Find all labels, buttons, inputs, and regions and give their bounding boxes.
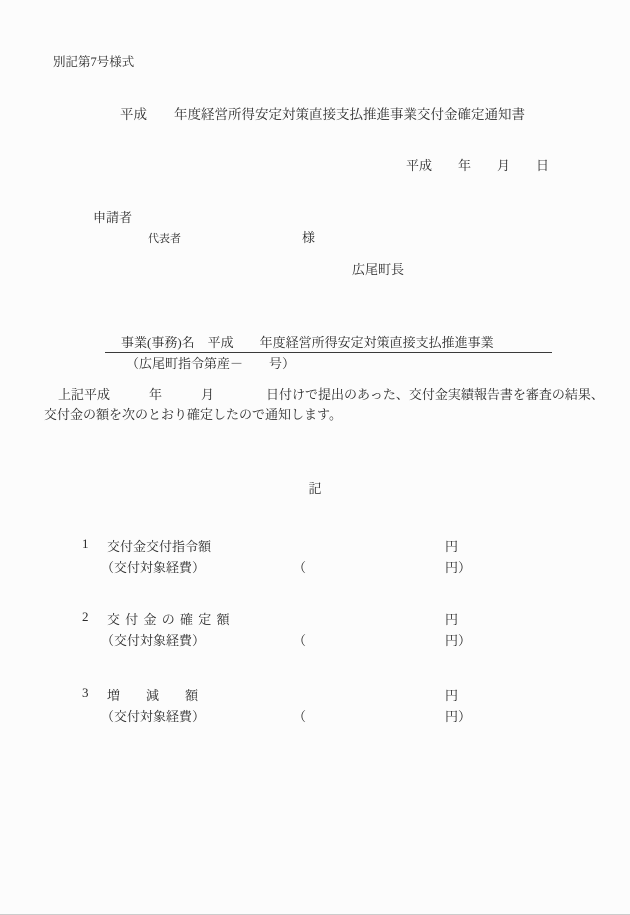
item-unit: 円 bbox=[445, 536, 458, 555]
item-sub-label: （交付対象経費） bbox=[101, 557, 205, 576]
item-unit: 円 bbox=[445, 609, 458, 628]
date-line: 平成 年 月 日 bbox=[406, 158, 549, 174]
representative-label: 代表者 bbox=[148, 233, 181, 247]
body-paragraph-line1: 上記平成 年 月 日付けで提出のあった、交付金実績報告書を審査の結果、 bbox=[45, 387, 604, 403]
item-number: 2 bbox=[82, 609, 89, 625]
item-label: 交付金交付指令額 bbox=[107, 536, 211, 555]
mayor-label: 広尾町長 bbox=[352, 262, 404, 278]
item-unit: 円 bbox=[445, 685, 458, 704]
section-marker: 記 bbox=[0, 481, 630, 497]
item-sub-label: （交付対象経費） bbox=[101, 630, 205, 649]
item-number: 1 bbox=[82, 536, 89, 552]
form-number-label: 別記第7号様式 bbox=[53, 55, 134, 71]
item-number: 3 bbox=[82, 685, 89, 701]
applicant-label: 申請者 bbox=[93, 210, 132, 226]
body-paragraph-line2: 交付金の額を次のとおり確定したので通知します。 bbox=[44, 407, 342, 423]
item-open-paren: （ bbox=[293, 706, 306, 725]
item-sub-unit: 円） bbox=[445, 706, 471, 725]
item-sub-unit: 円） bbox=[445, 630, 471, 649]
directive-number-line: （広尾町指令第産－ 号） bbox=[126, 356, 295, 372]
item-sub-label: （交付対象経費） bbox=[101, 706, 205, 725]
project-name-line: 事業(事務)名 平成 年度経営所得安定対策直接支払推進事業 bbox=[105, 335, 552, 353]
document-page: 別記第7号様式 平成 年度経営所得安定対策直接支払推進事業交付金確定通知書 平成… bbox=[0, 0, 630, 915]
item-open-paren: （ bbox=[293, 630, 306, 649]
item-label: 交 付 金 の 確 定 額 bbox=[107, 609, 231, 628]
honorific-label: 様 bbox=[302, 230, 315, 246]
document-title: 平成 年度経営所得安定対策直接支払推進事業交付金確定通知書 bbox=[120, 107, 525, 124]
item-label: 増 減 額 bbox=[107, 685, 198, 704]
item-open-paren: （ bbox=[293, 557, 306, 576]
item-sub-unit: 円） bbox=[445, 557, 471, 576]
